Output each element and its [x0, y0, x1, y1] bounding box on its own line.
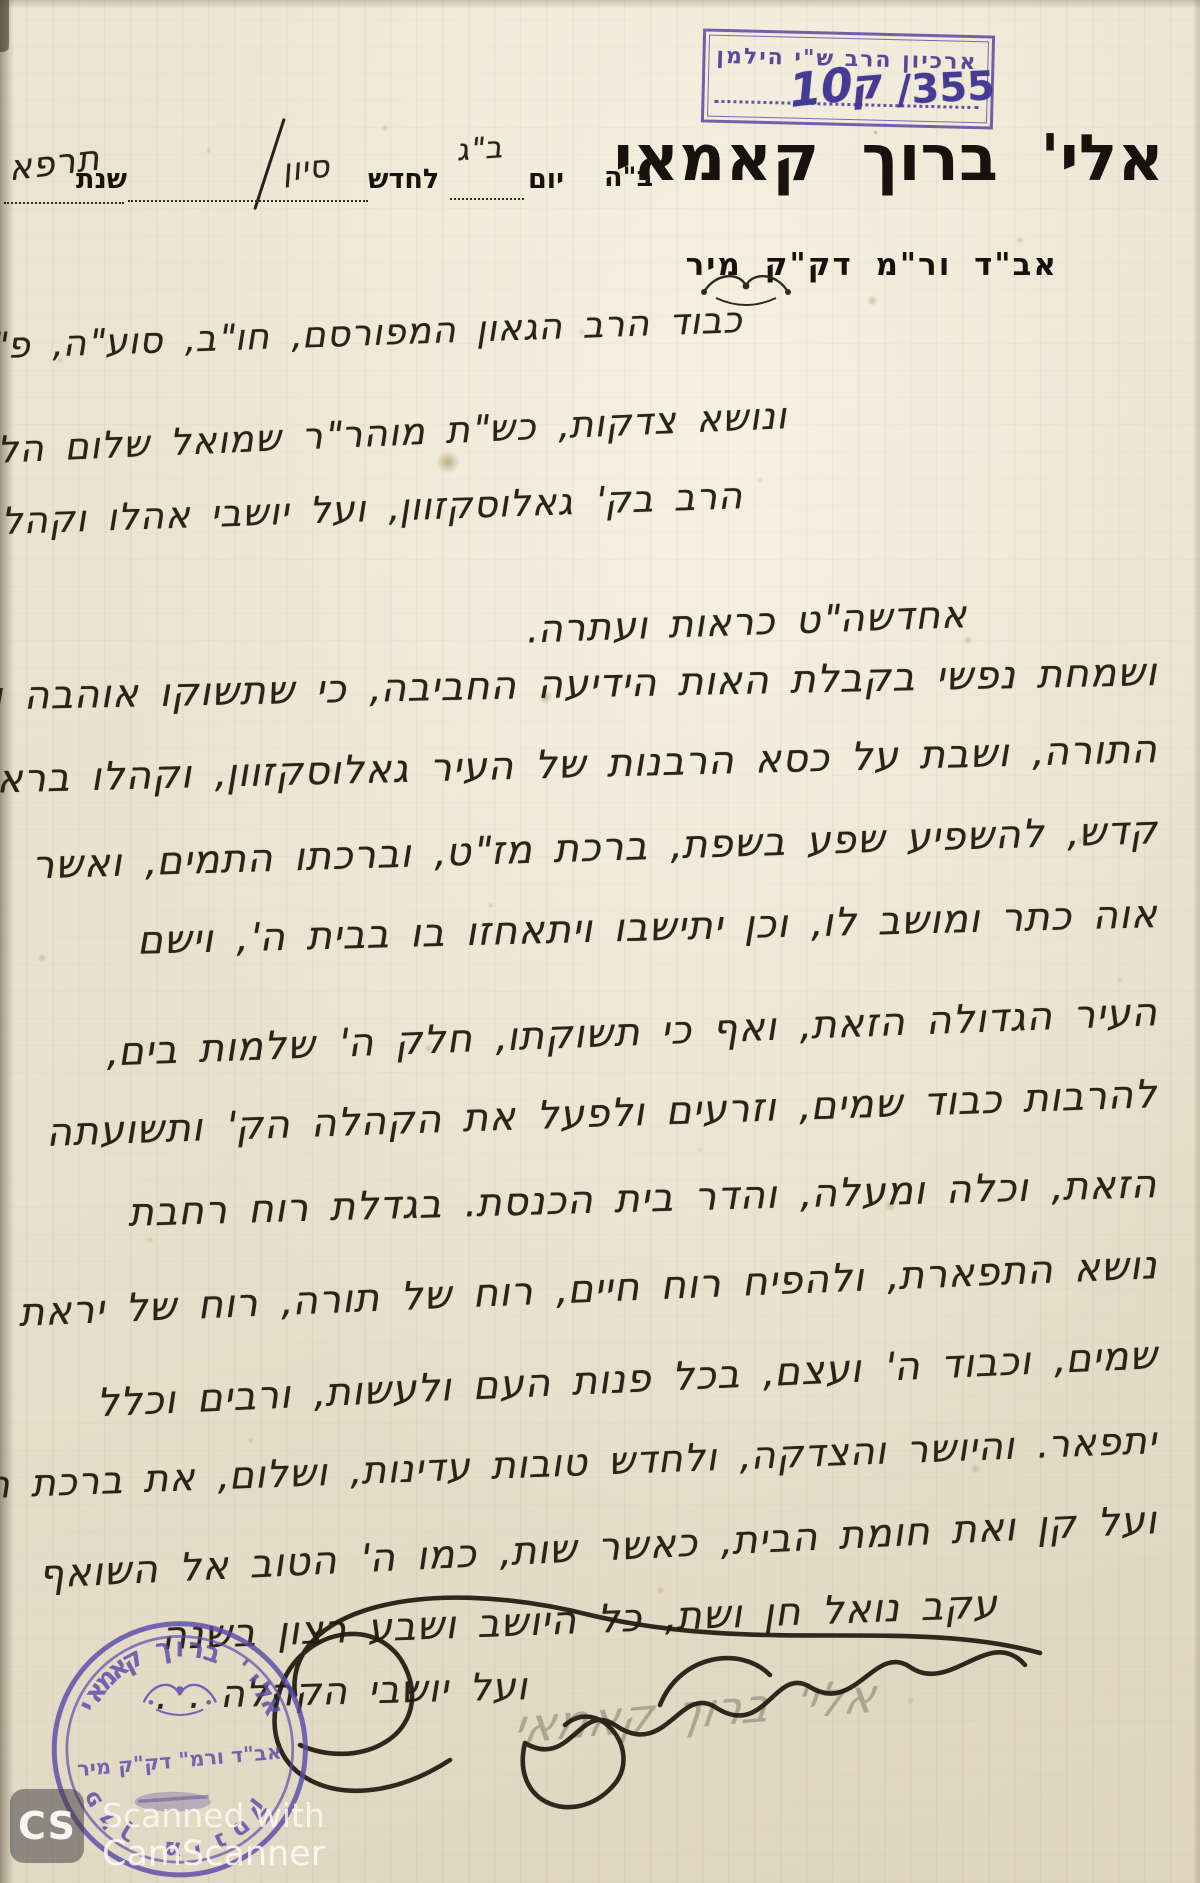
month-dotted-line: [128, 200, 368, 202]
archive-handwritten-number: /355: [896, 63, 996, 113]
right-edge-shadow: [1193, 0, 1200, 1883]
camscanner-logo: CS: [10, 1789, 84, 1863]
archive-handwritten-letter: ק: [851, 58, 887, 110]
letterhead-bh: ב"ה: [604, 162, 653, 193]
stamp-ornament-icon: [144, 1685, 216, 1715]
day-dotted-line: [450, 198, 524, 200]
handwritten-month: סיון: [283, 148, 333, 189]
letterhead-name: אלי' ברוך קאמאי: [614, 122, 1164, 196]
camscanner-line2: CamScanner: [102, 1834, 325, 1874]
left-edge-shadow: [0, 0, 14, 1883]
stamp-middle-text: אב"ד ורמ" דק"ק מיר: [76, 1739, 283, 1781]
letterhead-lechodesh: לחדש: [368, 164, 439, 195]
svg-text:ו: ו: [175, 1632, 184, 1663]
camscanner-line1: Scanned with: [102, 1796, 325, 1835]
handwritten-day: ב"ג: [456, 130, 506, 169]
camscanner-logo-text: CS: [18, 1804, 76, 1848]
archive-stamp-box: ארכיון הרב ש"י הילמן 10 ק /355: [701, 28, 995, 129]
top-left-corner-shadow: [0, 0, 9, 52]
year-dotted-line: [4, 202, 124, 204]
top-edge-shadow: [0, 0, 1200, 9]
scanned-letter-page: ארכיון הרב ש"י הילמן 10 ק /355 אלי' ברוך…: [0, 0, 1200, 1883]
archive-handwritten-prefix: 10: [786, 56, 855, 118]
letterhead-yom: יום: [528, 164, 564, 195]
